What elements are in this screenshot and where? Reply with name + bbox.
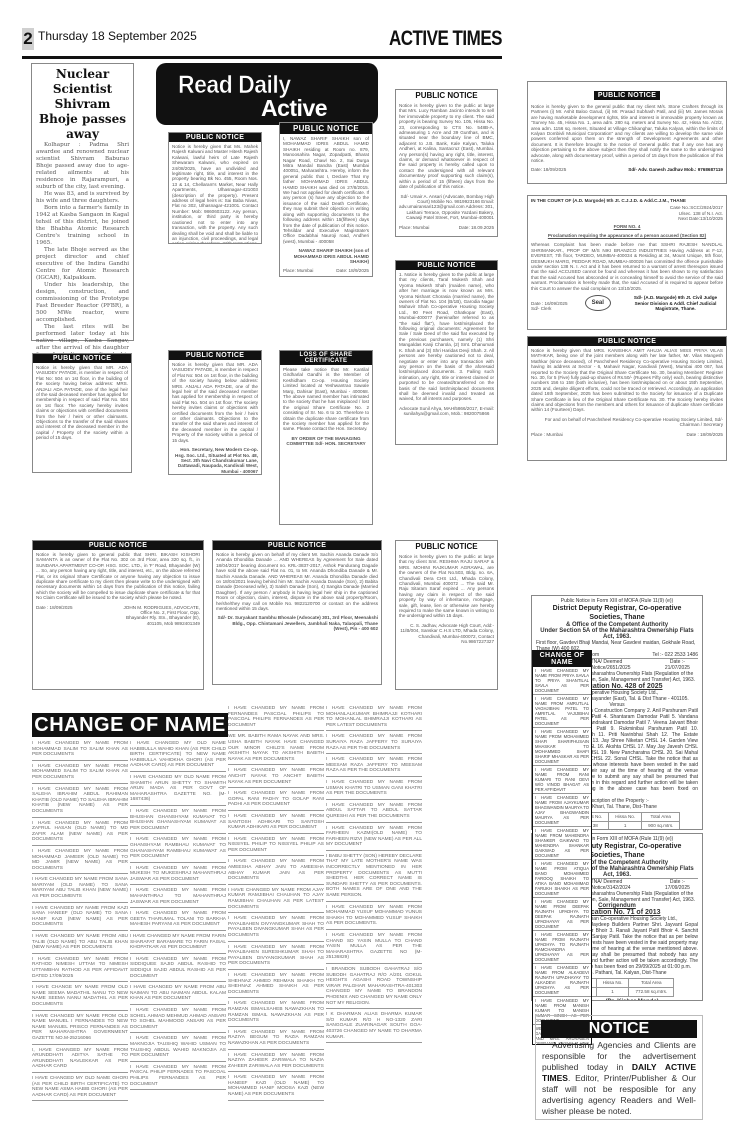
notice-title: PUBLIC NOTICE <box>594 91 660 100</box>
list-item: I HAVE CHANGED MY OLD NAME FROM SHAMITH … <box>130 774 226 806</box>
notice-date: Date: 18/9/2025 <box>336 268 369 273</box>
notice-body: Notice is hereby given to the public at … <box>396 101 497 192</box>
list-item: I HAVE CHANGED MY NAME FROM RAMZAN ISMAI… <box>228 1000 324 1026</box>
seal-icon: Seal <box>585 295 611 311</box>
mofa-tel: Tel :- 022 2533 1486 <box>652 652 698 658</box>
list-item: I HAVE CHANGED MY NAME FROM MOHAMMED SHA… <box>533 728 591 766</box>
list-item: I HAVE CHANGED MY NAME FROM GEETA THARUM… <box>130 910 226 931</box>
list-item: I HAVE CHANGED MY NAME FROM FARIN SHARAF… <box>130 933 226 954</box>
list-item: I HAVE CHANGED MY NAME FROM MUKESH TO MU… <box>130 865 226 886</box>
list-item: I HAVE CHANGED MY NAME FROM SALEHA IBRAH… <box>32 786 128 818</box>
list-item: I HAVE CHANGED MY NAME FROM AMEESHA ABHA… <box>228 858 324 884</box>
notice-mathkar: PUBLIC NOTICE Notice is hereby given tha… <box>527 336 727 461</box>
change-of-name-box: CHANGE OF NAME I HAVE CHANGED MY NAME FR… <box>532 650 592 1045</box>
notice-mankar: PUBLIC NOTICE Notice is hereby given to … <box>395 540 498 690</box>
list-item: I HAVE CHANGED MY NAME FROM MAKNOJIA TAU… <box>130 1035 226 1061</box>
proclamation-subtitle: Proclamation requiring the appearance of… <box>528 231 726 240</box>
notice-body: Notice is hereby given on behalf of my c… <box>213 550 381 613</box>
notice-signature: Sd/- Umair A. Ansari (Advocate, Bombay H… <box>396 192 497 223</box>
list-item: I HAVE CHANGED MY NAME FROM MAHENDRA SHA… <box>533 827 591 860</box>
notice-place: Place : Mumbai <box>531 432 563 437</box>
notice-title: LOSS OF SHARE CERTIFICATE <box>280 351 372 365</box>
mofa-authority: District Deputy Registrar, Co-operative … <box>536 604 698 622</box>
list-item: I HAVE CHANGED MY NAME FROM SANA MARIYAM… <box>32 876 128 902</box>
list-item: I HAVE CHANGED MY OLD NAME HABIBULLA WAH… <box>130 740 226 772</box>
court-date: Date : 16/09/2025 <box>531 301 568 306</box>
notice-ansari: PUBLIC NOTICE Notice is hereby given to … <box>395 89 498 237</box>
list-item: I HAVE CHANGED MY NAME FROM AJAY KUMAR R… <box>228 887 324 913</box>
notice-body: Notice is hereby given to the public at … <box>396 552 497 621</box>
issue-date: Thursday 18 September 2025 <box>38 29 197 43</box>
con-column-2: I HAVE CHANGED MY OLD NAME HABIBULLA WAH… <box>130 740 226 1092</box>
list-item: I HAVE CHANGED MY NAME FROM CHAND SD YAS… <box>326 932 422 964</box>
notice-date: Date : 18/09/2025 <box>36 605 73 627</box>
notice-body: Notice is hereby given that MR. ADA VASU… <box>169 360 261 445</box>
table-cell: 1 <box>596 988 629 997</box>
notice-signature: NAWAZ SHARIF SHAIKH (son of MOHAMMAD IDR… <box>280 246 372 266</box>
list-item: I HAVE CHANGED MY NAME FROM HANEEF KAZI … <box>228 1074 324 1100</box>
disclaimer-notice: NOTICE Advertising Agencies and Clients … <box>535 1015 703 1120</box>
notice-chandra: PUBLIC NOTICE 1. Notice is hereby given … <box>395 260 498 445</box>
notice-left: PUBLIC NOTICE Notice is hereby given tha… <box>32 353 132 473</box>
notice-samanta: PUBLIC NOTICE Notice is hereby given to … <box>32 540 204 690</box>
list-item: I HAVE CHANGED MY NAME FROM PASCAL PHILI… <box>130 1064 226 1090</box>
notice-title: PUBLIC NOTICE <box>396 90 497 101</box>
notice-body: Please take notice that Mr. Kantilal Gir… <box>280 365 372 434</box>
list-item: I HAVE CHANGED MY NAME FROM MAHANTHRAJ T… <box>130 887 226 908</box>
list-item: I HAVE CHANGED MY NAME FROM ANCHIT NAYAK… <box>228 767 324 788</box>
table-header: Total Area <box>629 979 674 988</box>
list-item: I HAVE CHANGED MY NAME FROM RATHOD NIMES… <box>32 956 128 982</box>
notice-signature: Sd/- Dr. Suryakant Sambhu Bhosale (Advoc… <box>213 613 381 633</box>
notice-patade: PUBLIC NOTICE Notice is hereby given tha… <box>168 350 262 475</box>
notice-date: Date: 18/09/2025 <box>531 167 566 172</box>
list-item: I HAVE CHANGED MY NAME FROM ALKADEVI RAJ… <box>533 964 591 997</box>
table-cell: 772.58 sq.mtrs. <box>629 988 674 997</box>
table-header: Hissa No. <box>609 813 642 822</box>
list-item: I HAVE CHANGED MY NAME FROM OLD NAME MAN… <box>32 1013 128 1045</box>
table-cell: 900 sq.mtrs. <box>642 822 680 831</box>
notice-place: Place: Mumbai <box>283 268 313 273</box>
feature-article: Nuclear Scientist Shivram Bhoje passes a… <box>31 63 134 341</box>
notice-body: I, NAWAZ SHARIF SHAIKH son of MOHAMMAD I… <box>280 134 372 246</box>
clerk-signature: Sd/- Clerk <box>531 306 551 311</box>
con-column-3: I HAVE CHANGED MY NAME FROM FERNANDES PA… <box>228 705 324 1103</box>
header-rule <box>22 56 502 59</box>
proclamation-body: Whereas Complaint has been made before m… <box>528 240 726 293</box>
list-item: I HAVE CHANGED MY NAME FROM PAYALBAHEN S… <box>228 944 324 970</box>
notice-title: PUBLIC NOTICE <box>396 541 497 552</box>
notice-signature: BY ORDER OF THE MANAGING COMMITTEE Sd/- … <box>280 434 372 449</box>
con-column-4: I HAVE CHANGED MY NAME FROM MOHANLALKUMA… <box>326 705 422 1045</box>
list-item: I HAVE CHANGED MY NAME FROM MOHAMMED SAL… <box>32 763 128 784</box>
mofa-ref-date: Date :- 17/09/2025 <box>657 879 698 891</box>
notice-signature: JOHN M. RODRIGUES, ADVOCATE, Office No. … <box>120 605 200 627</box>
notice-date: Date: 18.09.2025 <box>459 225 494 230</box>
notice-title: PUBLIC NOTICE <box>33 354 131 363</box>
list-item: I HAVE CHANGED MY NAME FROM FARHEEN KAZM… <box>326 825 422 851</box>
list-item: I HAVE CHANGED MY NAME FROM SIDDIQUEE SA… <box>130 956 226 982</box>
notice-bhosale: PUBLIC NOTICE Notice is hereby given on … <box>212 540 382 685</box>
feature-paragraph: The late Bhoje served as the project dir… <box>36 247 129 282</box>
notice-kalwani: PUBLIC NOTICE Notice is hereby given tha… <box>168 132 262 244</box>
feature-paragraph: Kolhapur : Padma Shri awardee and renown… <box>36 142 129 191</box>
feature-paragraph: Under his leadership, the design, constr… <box>36 282 129 324</box>
court-name: IN THE COURT OF (A.D. Margode) 9th Jt. C… <box>528 196 726 205</box>
list-item: I HAVE CHANGED MY NAME FROM AJAYKUMAR BH… <box>533 794 591 827</box>
list-item: I HAVE CHANGED MY NAME FROM PAYALBAHEN D… <box>228 915 324 941</box>
list-item: I HAVE CHANGED MY NAME FROM FERNANDES PA… <box>228 705 324 731</box>
list-item: I HAVE CHANGED MY NAME FROM GOPAL RANI P… <box>228 790 324 811</box>
feature-paragraph: Born into a farmer's family in 1942 at K… <box>36 205 129 247</box>
notice-signature: For and on behalf of Panchsheel Residenc… <box>528 415 726 430</box>
promo-banner: Read Daily Active Times <box>156 63 378 125</box>
list-item: I HAVE CHANGED MY NAME FROM RAJNATH UPAD… <box>533 931 591 964</box>
list-item: I HAVE CHANGED MY NAME FROM RANI KUMARI … <box>533 766 591 794</box>
notice-shaikh: PUBLIC NOTICE I, NAWAZ SHARIF SHAIKH son… <box>279 122 373 277</box>
notice-jadhav: PUBLIC NOTICE Notice is hereby given to … <box>527 81 727 184</box>
notice-signature: Sd/- Adv. Ganesh Jadhav Mob.: 9768687119 <box>628 167 723 172</box>
notice-signature: Hon. Secretary, New Modern Co-op. Hsg. S… <box>169 445 261 475</box>
notice-title: PUBLIC NOTICE <box>213 541 381 550</box>
list-item: I HAVE CHANGED MY NAME FROM MOHAMMAD SAL… <box>32 740 128 761</box>
list-item: I HAVE CHANGED MY NAME FROM ABU NAIMAN T… <box>130 984 226 1005</box>
mofa-ref-date: Date :- 21/07/2025 <box>657 659 698 671</box>
list-item: I HAVE CHANGED MY NAME FROM DEEPAK RAJNA… <box>533 898 591 931</box>
notice-title: PUBLIC NOTICE <box>280 123 372 134</box>
list-item: I HAVE CHANGED MY NAME FROM SANTOSH ADHI… <box>228 813 324 834</box>
notice-title: PUBLIC NOTICE <box>169 351 261 360</box>
list-item: I HAVE CHANGED MY NAME FROM MOHANLALKUMA… <box>326 705 422 731</box>
list-item: WE MR. BABITH RAMA NAYAK AND MRS. USHA B… <box>228 733 324 765</box>
list-item: I HAVE CHANGED MY NAME FROM SHEHNAZ AHME… <box>228 972 324 998</box>
list-item: I HAVE CHANGED MY NAME FROM ABU TALIB (O… <box>32 933 128 954</box>
list-item: I HAVE CHANGED MY NAME FROM PRIYA SAVLA … <box>533 667 591 695</box>
masthead-brand: ACTIVE TIMES <box>389 26 502 51</box>
box-title: CHANGE OF NAME <box>533 651 591 667</box>
list-item: I HAVE CHANGED MY NAME FROM ZAFRUL HASAN… <box>32 820 128 846</box>
list-item: I HAVE CHANGED MY NAME FROM KAZI SANA HA… <box>32 905 128 931</box>
list-item: I HAVE CHANGED MY NAME FROM ATIQUA BANO … <box>533 860 591 898</box>
notice-body: Notice is hereby given to the general pu… <box>528 102 726 165</box>
notice-title: PUBLIC NOTICE <box>169 133 261 142</box>
list-item: I HAVE CHANGED MY NAME FROM SURAIYA RAZA… <box>326 733 422 754</box>
notice-title: PUBLIC NOTICE <box>528 337 726 346</box>
list-item: I K DHARMAN ALIAS DHARMA KUMAR S/O KUMAR… <box>326 1011 422 1043</box>
list-item: I BABU SHETTY (SON) HEREBY DECLARE THAT … <box>326 853 422 902</box>
list-item: I HAVE CHANGED MY NAME FROM NISSIYEL PHI… <box>228 836 324 857</box>
list-item: I HAVE CHANGED MY NAME FROM SOHEL AHMAD … <box>130 1007 226 1033</box>
list-item: I HAVE CHANGED MY NAME FROM MOHAMMAD JAM… <box>32 848 128 874</box>
table-header: Total Area <box>642 813 680 822</box>
list-item: I HAVE CHANGED MY NAME FROM ABDUL SATTAR… <box>326 802 422 823</box>
list-item: I HAVE CHANGED MY NAME FROM MEESAM RAZA … <box>326 756 422 777</box>
notice-body: Notice is hereby given that Ms. Mahek Ra… <box>169 142 261 244</box>
notice-body: Notice is hereby given that MRS. KANISHK… <box>528 346 726 415</box>
notice-signature: C. S. Jadhav, Advocate High Court, Add:-… <box>396 621 497 647</box>
table-cell: 1 <box>609 822 642 831</box>
list-item: I HAVE CHANGED MY NAME FROM BHUSHAN GHAN… <box>130 808 226 834</box>
form-number: FORM NO. 4 <box>528 222 726 231</box>
notice-place: Place: Mumbai <box>399 225 429 230</box>
notice-signature: Advocate Sunil Ahya, MAH/5866/2017, E-ma… <box>396 404 497 419</box>
court-proclamation: IN THE COURT OF (A.D. Margode) 9th Jt. C… <box>527 195 727 330</box>
notice-body: 1. Notice is hereby given to the public … <box>396 270 497 404</box>
change-of-name-title: CHANGE OF NAME <box>32 713 228 737</box>
list-item: I HAVE CHANGED MY NAME FROM NAZIYA ZAHEE… <box>228 1052 324 1073</box>
disclaimer-title: NOTICE <box>541 1020 697 1038</box>
disclaimer-body: Advertising Agencies and Clients are res… <box>536 1038 702 1119</box>
notice-share-certificate: LOSS OF SHARE CERTIFICATE Please take no… <box>279 350 373 525</box>
notice-body: Notice is hereby given that MR. ADA VASU… <box>33 363 131 443</box>
list-item: I HAVE CHANGED MY NAME FROM GHANSHYAM RA… <box>130 836 226 862</box>
list-item: I HAVE CHANGED MY NAME FROM RAZIYA BEGUM… <box>228 1029 324 1050</box>
feature-paragraph: He was 83, and is survived by his wife a… <box>36 191 129 205</box>
notice-title: PUBLIC NOTICE <box>396 261 497 270</box>
feature-headline: Nuclear Scientist Shivram Bhoje passes a… <box>36 67 129 142</box>
list-item: I BRANDON SUBODH GAHATRAJ S/O SUBODH GAH… <box>326 966 422 1009</box>
notice-date: Date : 18/09/2025 <box>686 432 723 437</box>
list-item: I HAVE CHANGED MY NAME FROM USMAN KHATRI… <box>326 779 422 800</box>
table-header: Hissa No. <box>596 979 629 988</box>
page-number: 2 <box>22 28 34 50</box>
list-item: I, HAVE CHANGED MY NAME FROM ARUNDDHATI … <box>32 1047 128 1073</box>
list-item: I HAVE CHANGED MY NAME FROM AMRUTLAL VAG… <box>533 695 591 728</box>
mofa-section: Under Section 5A of the Maharashtra Owne… <box>536 628 698 640</box>
con-column-1: I HAVE CHANGED MY NAME FROM MOHAMMAD SAL… <box>32 740 128 1103</box>
notice-body: Notice is hereby given to general public… <box>33 550 203 603</box>
list-item: I HAVE CHANGE MY NAME FROM OLD NAME SEEM… <box>32 984 128 1010</box>
list-item: I HAVE CHANGED MY OLD NAME GHORI (AS PER… <box>32 1075 128 1101</box>
notice-title: PUBLIC NOTICE <box>33 541 203 550</box>
judge-signature: Sd/- (A.D. Margode) 9th Jt. Civil Judge … <box>628 295 723 311</box>
list-item: I HAVE CHANGED MY NAME FROM MOHAMMAD YUS… <box>326 904 422 930</box>
